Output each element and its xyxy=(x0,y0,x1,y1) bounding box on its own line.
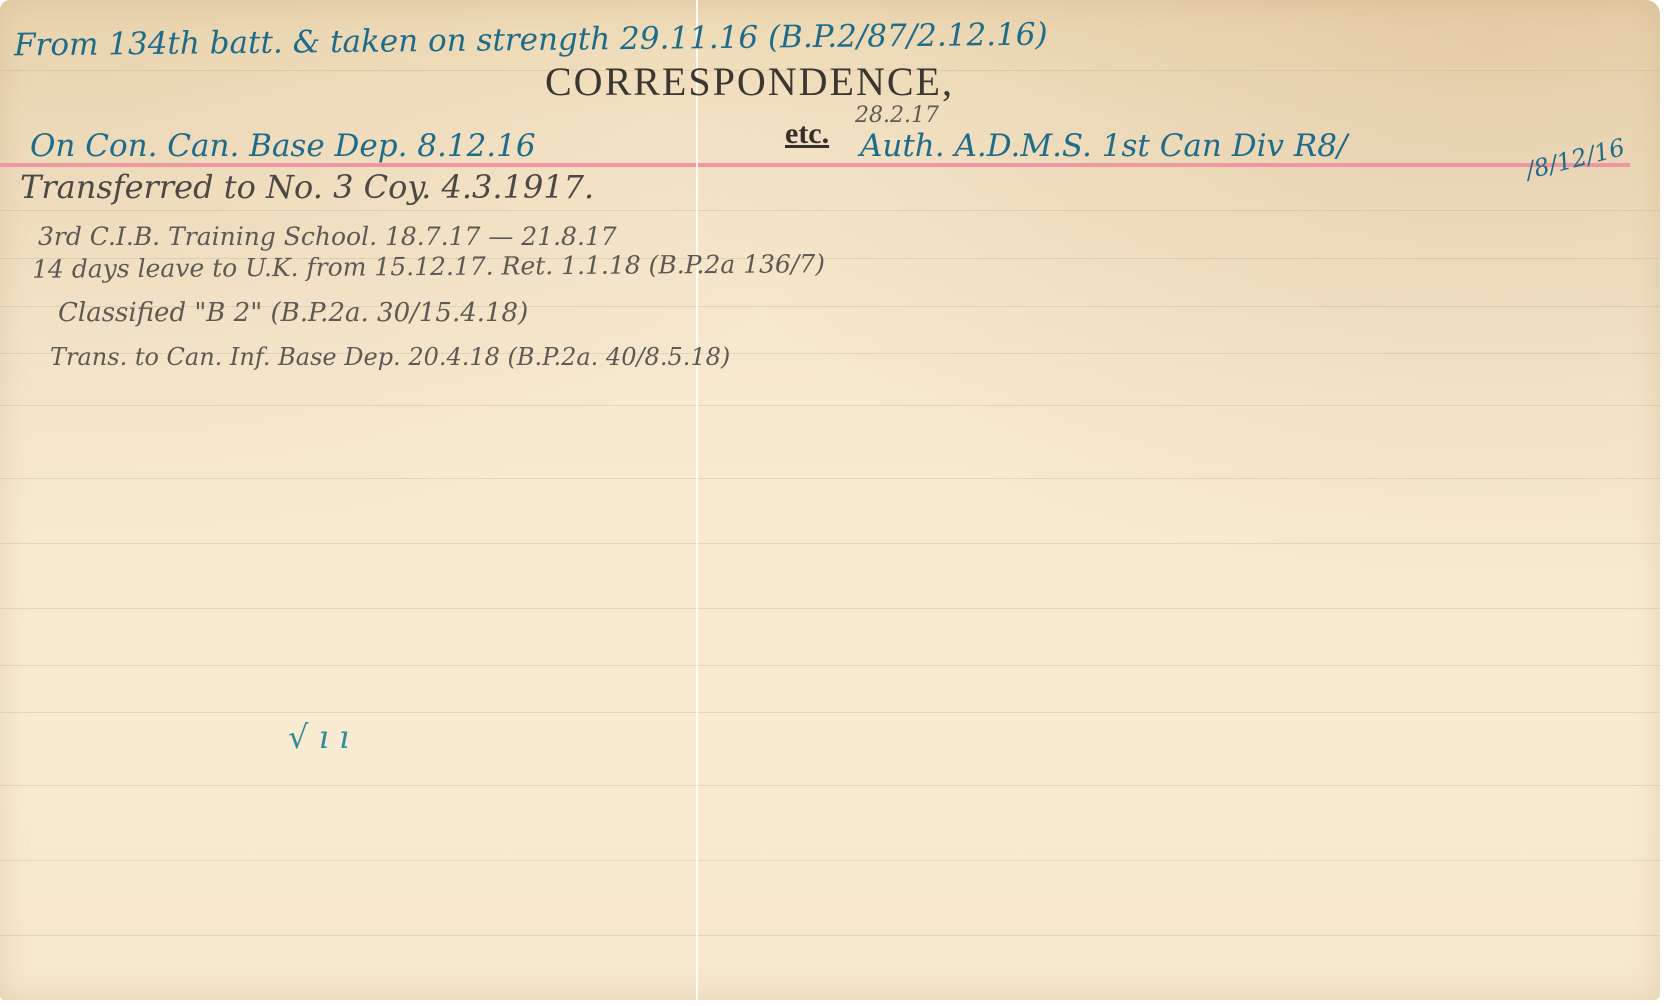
entry-authority: Auth. A.D.M.S. 1st Can Div R8/ xyxy=(860,128,1347,164)
ruled-line xyxy=(0,543,1660,544)
entry-on-con-base-dep: On Con. Can. Base Dep. 8.12.16 xyxy=(30,128,536,164)
ruled-line xyxy=(0,785,1660,786)
stray-ink-mark: √ ı ı xyxy=(288,718,349,756)
entry-training-school: 3rd C.I.B. Training School. 18.7.17 — 21… xyxy=(38,222,617,251)
ruled-line xyxy=(0,478,1660,479)
entry-taken-on-strength: From 134th batt. & taken on strength 29.… xyxy=(14,17,1048,64)
ruled-line xyxy=(0,712,1660,713)
ruled-line xyxy=(0,665,1660,666)
ruled-line xyxy=(0,860,1660,861)
printed-etc: etc. xyxy=(785,117,829,151)
entry-classified: Classified "B 2" (B.P.2a. 30/15.4.18) xyxy=(58,298,528,328)
ruled-line xyxy=(0,935,1660,936)
entry-trans-inf-base: Trans. to Can. Inf. Base Dep. 20.4.18 (B… xyxy=(50,343,730,371)
entry-date-annotation: 28.2.17 xyxy=(855,103,939,128)
entry-leave: 14 days leave to U.K. from 15.12.17. Ret… xyxy=(32,249,825,284)
printed-heading: CORRESPONDENCE, xyxy=(545,58,954,105)
entry-authority-ref: /8/12/16 xyxy=(1523,133,1627,185)
fold-crease xyxy=(696,0,698,1000)
ruled-line xyxy=(0,608,1660,609)
ruled-line xyxy=(0,210,1660,211)
entry-transferred: Transferred to No. 3 Coy. 4.3.1917. xyxy=(20,168,594,206)
ruled-line xyxy=(0,405,1660,406)
correspondence-card: CORRESPONDENCE, etc. From 134th batt. & … xyxy=(0,0,1660,1000)
